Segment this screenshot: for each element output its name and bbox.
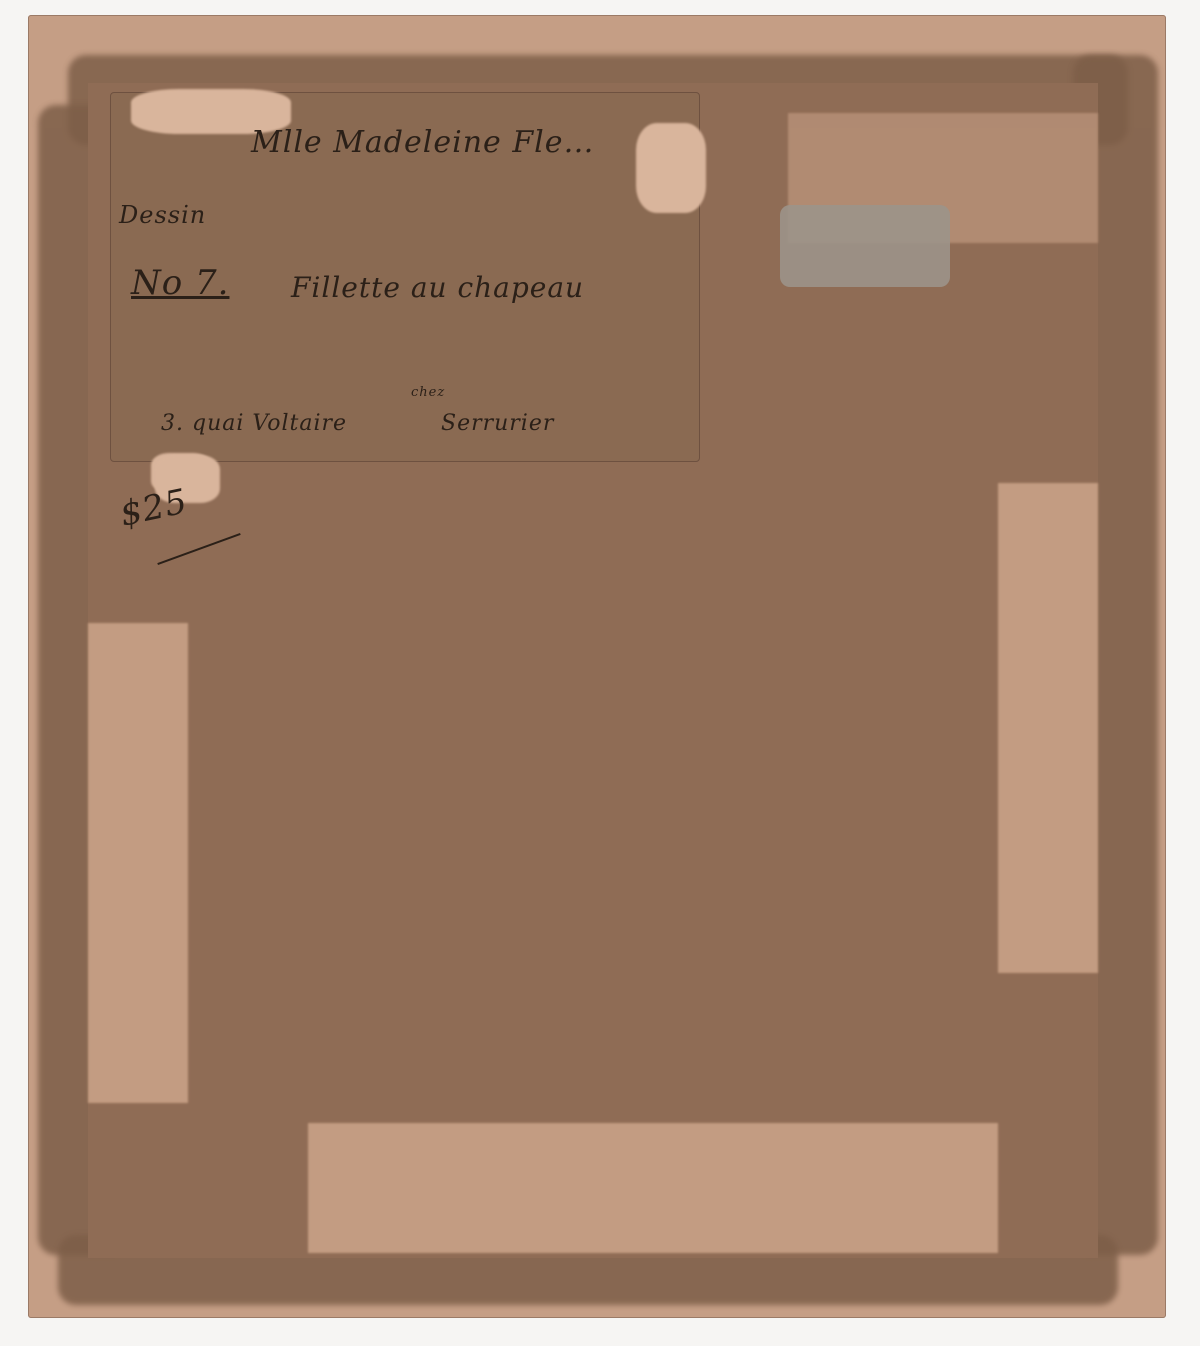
label-dealer: Serrurier: [441, 411, 554, 436]
label-title: Fillette au chapeau: [291, 271, 584, 304]
label-medium: Dessin: [119, 201, 206, 229]
label-chez: chez: [411, 385, 445, 400]
torn-patch: [636, 123, 706, 213]
worn-area-left: [88, 623, 188, 1103]
label-number: No 7.: [131, 263, 229, 303]
foil-residue-patch: [780, 205, 950, 287]
label-address: 3. quai Voltaire: [161, 411, 347, 436]
label-name: Mlle Madeleine Fle…: [251, 125, 594, 160]
worn-area-right: [998, 483, 1098, 973]
worn-area-bottom: [308, 1123, 998, 1253]
handwritten-label: Mlle Madeleine Fle… Dessin No 7. Fillett…: [110, 92, 700, 462]
